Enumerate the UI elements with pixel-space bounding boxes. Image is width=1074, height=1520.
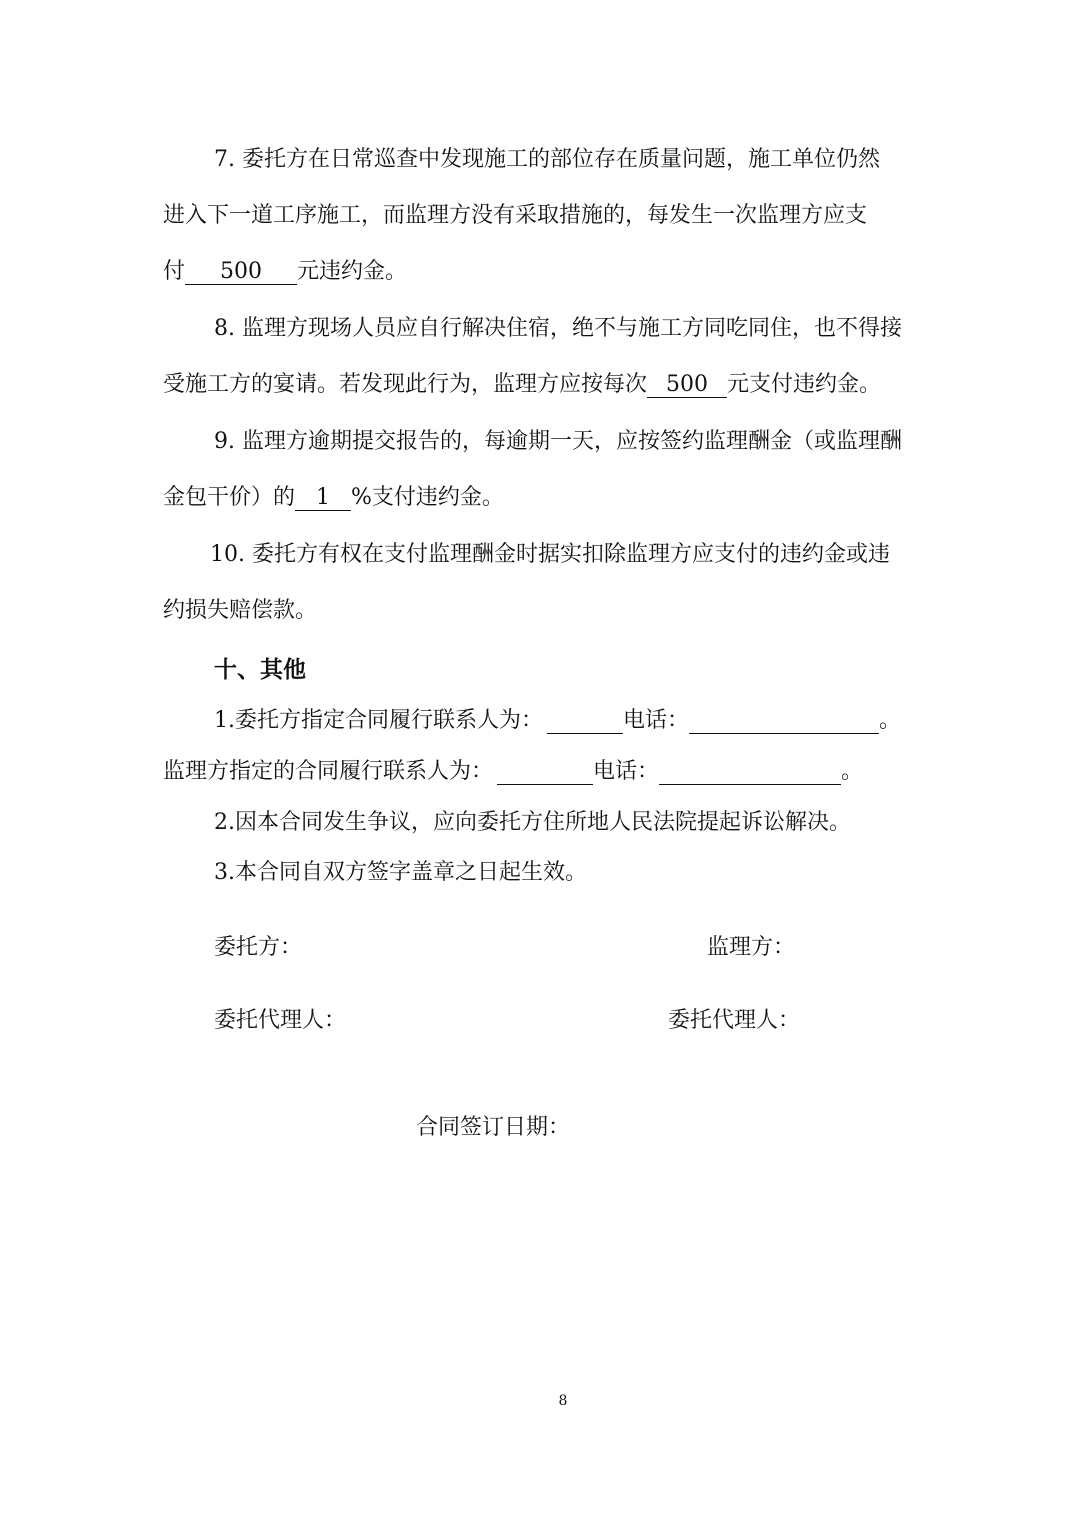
clause-9-line-1: 9. 监理方逾期提交报告的，每逾期一天，应按签约监理酬金（或监理酬 bbox=[214, 427, 902, 457]
clause-7-pre: 付 bbox=[163, 259, 185, 284]
clause-7-line-3: 付500元违约金。 bbox=[163, 257, 407, 287]
supervisor-contact-label: 监理方指定的合同履行联系人为： bbox=[163, 759, 493, 784]
section-item-2: 2.因本合同发生争议，应向委托方住所地人民法院提起诉讼解决。 bbox=[214, 808, 851, 838]
clause-9-line-2: 金包干价）的1%支付违约金。 bbox=[163, 483, 504, 513]
clause-8-line-2: 受施工方的宴请。若发现此行为，监理方应按每次500元支付违约金。 bbox=[163, 370, 881, 400]
page-number: 8 bbox=[0, 1393, 1074, 1409]
clause-8-line-1: 8. 监理方现场人员应自行解决住宿，绝不与施工方同吃同住，也不得接 bbox=[214, 314, 902, 344]
clause-9-pre: 金包干价）的 bbox=[163, 485, 295, 510]
clause-10-line-1: 10. 委托方有权在支付监理酬金时据实扣除监理方应支付的违约金或违 bbox=[210, 540, 890, 570]
client-signature-label: 委托方： bbox=[214, 933, 302, 963]
clause-9-post: %支付违约金。 bbox=[351, 485, 504, 510]
contact-line-supervisor: 监理方指定的合同履行联系人为： 电话： 。 bbox=[163, 757, 863, 787]
client-line-end: 。 bbox=[879, 708, 901, 733]
section-item-3: 3.本合同自双方签字盖章之日起生效。 bbox=[214, 858, 587, 888]
supervisor-line-end: 。 bbox=[841, 759, 863, 784]
client-contact-blank bbox=[547, 709, 623, 734]
clause-7-post: 元违约金。 bbox=[297, 259, 407, 284]
clause-7-amount-blank: 500 bbox=[185, 260, 297, 285]
supervisor-signature-label: 监理方： bbox=[707, 933, 795, 963]
clause-8-post: 元支付违约金。 bbox=[727, 372, 881, 397]
clause-7-line-1: 7. 委托方在日常巡查中发现施工的部位存在质量问题，施工单位仍然 bbox=[214, 145, 880, 175]
clause-10-line-2: 约损失赔偿款。 bbox=[163, 596, 317, 626]
clause-8-amount-blank: 500 bbox=[647, 373, 727, 398]
supervisor-agent-label: 委托代理人： bbox=[668, 1006, 800, 1036]
supervisor-phone-label: 电话： bbox=[593, 759, 659, 784]
client-phone-label: 电话： bbox=[623, 708, 689, 733]
client-contact-label: 1.委托方指定合同履行联系人为： bbox=[214, 708, 543, 733]
signing-date-label: 合同签订日期： bbox=[416, 1113, 570, 1143]
supervisor-contact-blank bbox=[497, 760, 593, 785]
client-phone-blank bbox=[689, 709, 879, 734]
section-heading: 十、其他 bbox=[214, 655, 306, 685]
clause-8-pre: 受施工方的宴请。若发现此行为，监理方应按每次 bbox=[163, 372, 647, 397]
clause-9-rate-blank: 1 bbox=[295, 486, 351, 511]
contact-line-client: 1.委托方指定合同履行联系人为： 电话： 。 bbox=[214, 706, 901, 736]
supervisor-phone-blank bbox=[659, 760, 841, 785]
clause-7-line-2: 进入下一道工序施工，而监理方没有采取措施的，每发生一次监理方应支 bbox=[163, 201, 867, 231]
client-agent-label: 委托代理人： bbox=[214, 1006, 346, 1036]
